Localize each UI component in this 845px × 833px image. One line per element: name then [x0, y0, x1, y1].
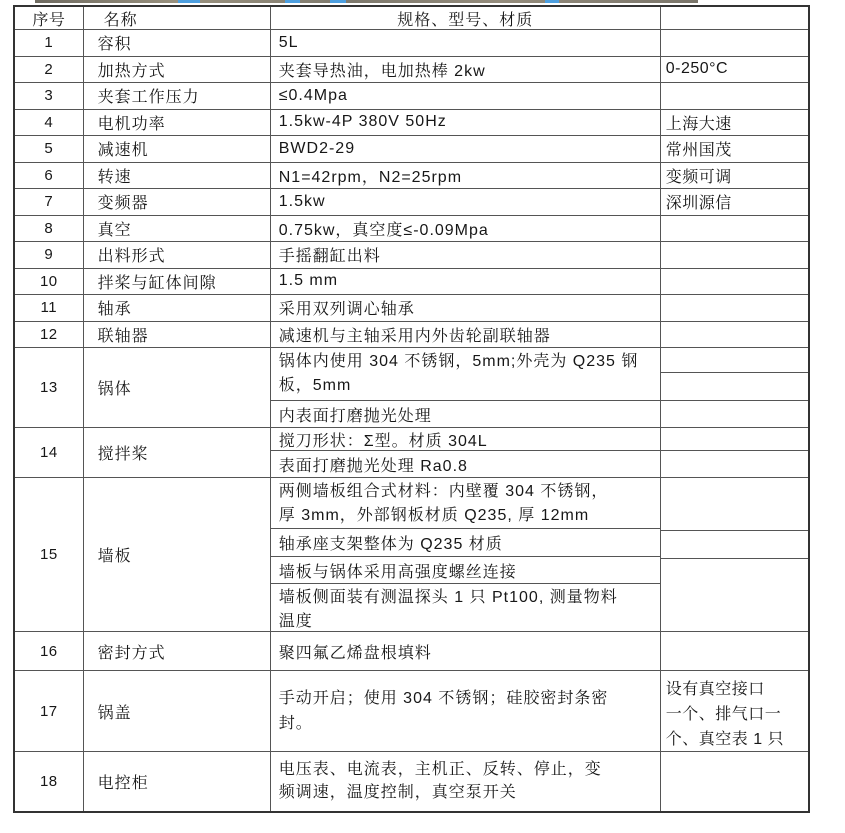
note-subcell: [661, 373, 808, 401]
spec-cell: 夹套导热油，电加热棒 2kw: [271, 57, 661, 83]
note-cell: [661, 216, 808, 242]
note-subcell: [661, 531, 808, 559]
spec-cell: 电压表、电流表，主机正、反转、停止，变 频调速，温度控制，真空泵开关: [271, 752, 661, 811]
item-name: 电机功率: [84, 110, 271, 136]
row-number: 12: [15, 322, 84, 348]
item-name: 变频器: [84, 189, 271, 215]
row-number: 7: [15, 189, 84, 215]
row-number: 3: [15, 83, 84, 109]
spec-subcell: 两侧墙板组合式材料：内壁覆 304 不锈钢， 厚 3mm，外部钢板材质 Q235…: [271, 478, 660, 529]
row-number: 14: [15, 428, 84, 477]
spec-cell: 手摇翻缸出料: [271, 242, 661, 268]
table-row: 8 真空 0.75kw，真空度≤-0.09Mpa: [15, 216, 808, 243]
spec-cell: 减速机与主轴采用内外齿轮副联轴器: [271, 322, 661, 348]
row-number: 6: [15, 163, 84, 189]
item-name: 出料形式: [84, 242, 271, 268]
spec-cell: 手动开启；使用 304 不锈钢；硅胶密封条密 封。: [271, 671, 661, 751]
spec-subcell: 墙板与锅体采用高强度螺丝连接: [271, 557, 660, 584]
note-cell: [661, 478, 808, 631]
note-cell: [661, 348, 808, 427]
table-row: 10 拌桨与缸体间隙 1.5 mm: [15, 269, 808, 296]
spec-cell: 聚四氟乙烯盘根填料: [271, 632, 661, 670]
item-name: 锅体: [84, 348, 271, 427]
table-row: 13 锅体 锅体内使用 304 不锈钢，5mm;外壳为 Q235 钢 板，5mm…: [15, 348, 808, 428]
item-name: 真空: [84, 216, 271, 242]
note-cell: 深圳源信: [661, 189, 808, 215]
spec-subcell: 搅刀形状：Σ型。材质 304L: [271, 428, 660, 451]
table-row: 12 联轴器 减速机与主轴采用内外齿轮副联轴器: [15, 322, 808, 349]
note-cell: [661, 269, 808, 295]
note-cell: 变频可调: [661, 163, 808, 189]
row-number: 1: [15, 30, 84, 56]
spec-cell: 搅刀形状：Σ型。材质 304L 表面打磨抛光处理 Ra0.8: [271, 428, 661, 477]
note-cell: [661, 30, 808, 56]
item-name: 夹套工作压力: [84, 83, 271, 109]
row-number: 17: [15, 671, 84, 751]
item-name: 轴承: [84, 295, 271, 321]
table-row: 18 电控柜 电压表、电流表，主机正、反转、停止，变 频调速，温度控制，真空泵开…: [15, 752, 808, 811]
row-number: 8: [15, 216, 84, 242]
row-number: 10: [15, 269, 84, 295]
spec-subcell: 锅体内使用 304 不锈钢，5mm;外壳为 Q235 钢 板，5mm: [271, 348, 660, 401]
spec-subcell: 内表面打磨抛光处理: [271, 401, 660, 427]
item-name: 搅拌桨: [84, 428, 271, 477]
row-number: 18: [15, 752, 84, 811]
item-name: 联轴器: [84, 322, 271, 348]
note-cell: [661, 632, 808, 670]
spec-subcell: 轴承座支架整体为 Q235 材质: [271, 529, 660, 557]
spec-cell: 1.5kw: [271, 189, 661, 215]
table-row: 9 出料形式 手摇翻缸出料: [15, 242, 808, 269]
cropped-content-blue-fragment: [178, 0, 200, 3]
table-row: 2 加热方式 夹套导热油，电加热棒 2kw 0-250°C: [15, 57, 808, 84]
note-cell: 上海大速: [661, 110, 808, 136]
spec-cell: 锅体内使用 304 不锈钢，5mm;外壳为 Q235 钢 板，5mm 内表面打磨…: [271, 348, 661, 427]
row-number: 11: [15, 295, 84, 321]
row-number: 13: [15, 348, 84, 427]
spec-cell: 0.75kw，真空度≤-0.09Mpa: [271, 216, 661, 242]
spec-subcell: 墙板侧面装有测温探头 1 只 Pt100, 测量物料 温度: [271, 584, 660, 631]
row-number: 9: [15, 242, 84, 268]
cropped-content-strip: [35, 0, 698, 3]
item-name: 墙板: [84, 478, 271, 631]
spec-cell: BWD2-29: [271, 136, 661, 162]
table-row: 7 变频器 1.5kw 深圳源信: [15, 189, 808, 216]
row-number: 5: [15, 136, 84, 162]
table-row: 6 转速 N1=42rpm，N2=25rpm 变频可调: [15, 163, 808, 190]
spec-cell: 5L: [271, 30, 661, 56]
item-name: 拌桨与缸体间隙: [84, 269, 271, 295]
table-row: 16 密封方式 聚四氟乙烯盘根填料: [15, 632, 808, 671]
item-name: 减速机: [84, 136, 271, 162]
row-number: 15: [15, 478, 84, 631]
note-cell: 设有真空接口 一个、排气口一 个、真空表 1 只: [661, 671, 808, 751]
note-subcell: [661, 478, 808, 531]
spec-subcell: 表面打磨抛光处理 Ra0.8: [271, 451, 660, 477]
document-page: 序号 名称 规格、型号、材质 1 容积 5L 2 加热方式 夹套导热油，电加热棒…: [0, 0, 845, 833]
note-cell: [661, 322, 808, 348]
table-row: 11 轴承 采用双列调心轴承: [15, 295, 808, 322]
table-header-row: 序号 名称 规格、型号、材质: [15, 7, 808, 30]
item-name: 锅盖: [84, 671, 271, 751]
note-cell: 常州国茂: [661, 136, 808, 162]
spec-cell: N1=42rpm，N2=25rpm: [271, 163, 661, 189]
note-subcell: [661, 559, 808, 631]
header-no: 序号: [15, 7, 84, 29]
note-cell: [661, 752, 808, 811]
cropped-content-blue-fragment: [545, 0, 559, 3]
header-spec: 规格、型号、材质: [271, 7, 661, 29]
spec-cell: 两侧墙板组合式材料：内壁覆 304 不锈钢， 厚 3mm，外部钢板材质 Q235…: [271, 478, 661, 631]
note-cell: [661, 242, 808, 268]
specification-table: 序号 名称 规格、型号、材质 1 容积 5L 2 加热方式 夹套导热油，电加热棒…: [13, 5, 810, 813]
item-name: 加热方式: [84, 57, 271, 83]
item-name: 电控柜: [84, 752, 271, 811]
note-subcell: [661, 451, 808, 477]
item-name: 容积: [84, 30, 271, 56]
table-row: 17 锅盖 手动开启；使用 304 不锈钢；硅胶密封条密 封。 设有真空接口 一…: [15, 671, 808, 752]
note-cell: 0-250°C: [661, 57, 808, 83]
row-number: 2: [15, 57, 84, 83]
row-number: 4: [15, 110, 84, 136]
spec-cell: 采用双列调心轴承: [271, 295, 661, 321]
note-subcell: [661, 428, 808, 451]
table-row: 4 电机功率 1.5kw-4P 380V 50Hz 上海大速: [15, 110, 808, 137]
cropped-content-blue-fragment: [330, 0, 346, 3]
note-subcell: [661, 348, 808, 373]
note-cell: [661, 428, 808, 477]
row-number: 16: [15, 632, 84, 670]
item-name: 密封方式: [84, 632, 271, 670]
table-row: 5 减速机 BWD2-29 常州国茂: [15, 136, 808, 163]
note-cell: [661, 83, 808, 109]
table-row: 15 墙板 两侧墙板组合式材料：内壁覆 304 不锈钢， 厚 3mm，外部钢板材…: [15, 478, 808, 632]
table-row: 1 容积 5L: [15, 30, 808, 57]
note-subcell: [661, 401, 808, 427]
header-name: 名称: [84, 7, 271, 29]
spec-cell: 1.5kw-4P 380V 50Hz: [271, 110, 661, 136]
cropped-content-blue-fragment: [285, 0, 300, 3]
header-note: [661, 7, 808, 29]
note-cell: [661, 295, 808, 321]
spec-cell: ≤0.4Mpa: [271, 83, 661, 109]
item-name: 转速: [84, 163, 271, 189]
spec-cell: 1.5 mm: [271, 269, 661, 295]
table-row: 3 夹套工作压力 ≤0.4Mpa: [15, 83, 808, 110]
table-row: 14 搅拌桨 搅刀形状：Σ型。材质 304L 表面打磨抛光处理 Ra0.8: [15, 428, 808, 478]
